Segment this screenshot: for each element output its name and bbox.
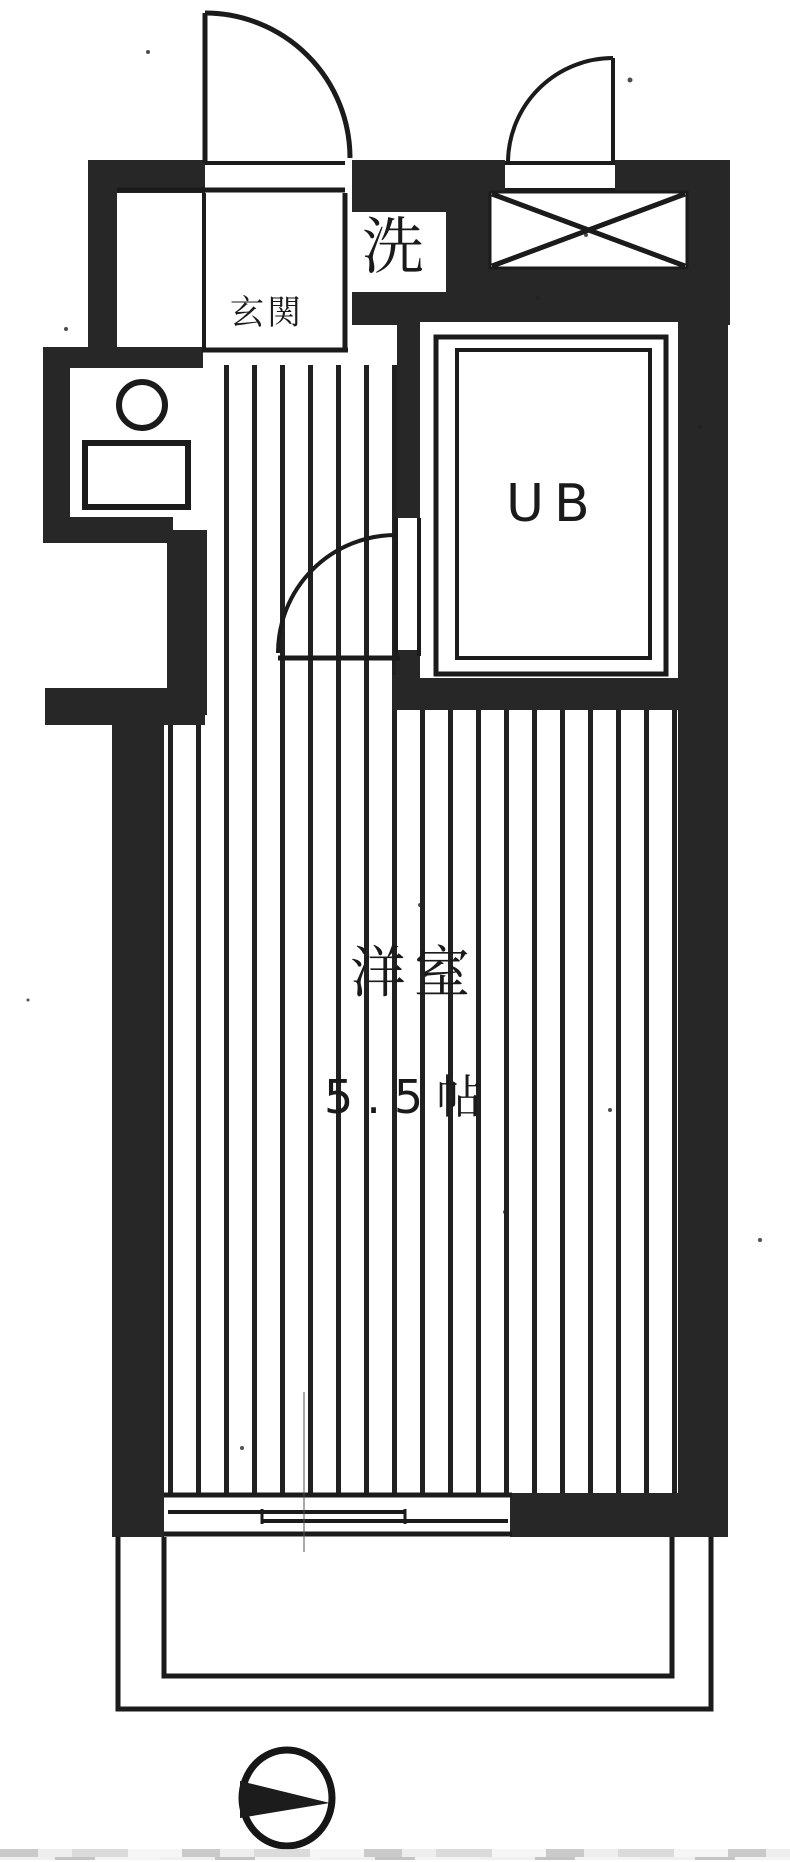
second-doorway-gap xyxy=(505,158,615,192)
kitchen-burner-icon xyxy=(119,382,165,428)
wall-right xyxy=(678,160,728,1537)
wall-left-step xyxy=(167,530,207,715)
balcony-outer-rail xyxy=(118,1537,711,1709)
entrance-door-arc xyxy=(205,13,350,158)
laundry-label: 洗 xyxy=(362,216,424,278)
second-door-arc xyxy=(508,58,613,161)
wall-window-right xyxy=(510,1493,678,1537)
floorplan-scan: 玄関 洗 UB 洋室 5.5帖 xyxy=(0,0,790,1862)
scan-edge-artifact xyxy=(0,1849,790,1857)
balcony xyxy=(118,1537,711,1709)
wall-alcove-left xyxy=(43,347,70,543)
washer-space-box xyxy=(490,192,687,268)
wall-alcove-top xyxy=(43,347,203,368)
wall-hall-ub xyxy=(397,313,420,518)
kitchen-sink-icon xyxy=(85,443,188,507)
genkan-label: 玄関 xyxy=(230,296,304,330)
wall-door-post xyxy=(396,650,422,710)
wall-below-ub xyxy=(392,675,678,710)
balcony-inner-rail xyxy=(164,1537,672,1676)
wall-top-left xyxy=(88,160,205,193)
wall-alcove-bottom xyxy=(43,517,173,543)
wall-left-main xyxy=(112,714,164,1537)
kitchen-fixtures xyxy=(85,382,188,507)
washer-space-x-icon xyxy=(492,194,685,266)
wall-left-upper xyxy=(88,160,117,348)
hallway-floorboards xyxy=(204,365,397,718)
scan-edge-artifact2 xyxy=(0,1857,790,1860)
main-room-label: 洋室 xyxy=(350,946,478,1002)
room-area-label: 5.5帖 xyxy=(324,1074,495,1120)
sliding-window xyxy=(164,1495,512,1534)
unit-bath-label: UB xyxy=(506,478,600,530)
compass-icon xyxy=(240,1750,332,1846)
